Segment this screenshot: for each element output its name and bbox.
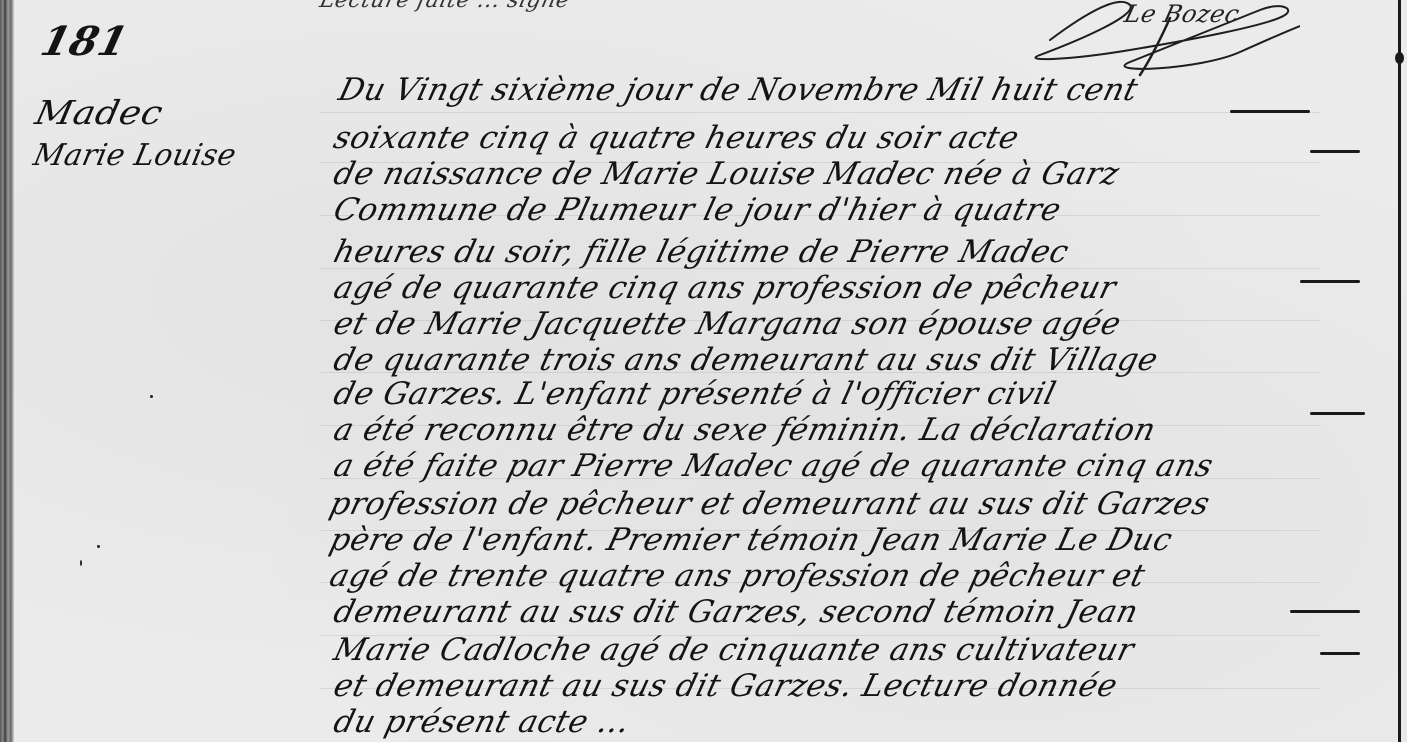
entry-number: 181 [36, 18, 133, 65]
right-margin-rule [1398, 0, 1401, 742]
paper-speck [150, 395, 153, 398]
record-line: père de l'enfant. Premier témoin Jean Ma… [326, 522, 1176, 558]
record-line: Commune de Plumeur le jour d'hier à quat… [330, 192, 1065, 228]
register-page: Lecture faite ... signé Le Bozec 181 Mad… [0, 0, 1407, 742]
line-filler-stroke [1290, 610, 1360, 613]
record-line: du présent acte ... [330, 704, 634, 740]
line-filler-stroke [1230, 110, 1310, 113]
record-line: demeurant au sus dit Garzes, second témo… [330, 594, 1142, 630]
record-line: a été reconnu être du sexe féminin. La d… [330, 412, 1160, 448]
line-filler-stroke [1310, 412, 1365, 415]
binding-edge [0, 0, 14, 742]
record-line: agé de quarante cinq ans profession de p… [330, 270, 1120, 306]
paper-speck [80, 560, 82, 566]
record-line: heures du soir, fille légitime de Pierre… [330, 234, 1073, 270]
record-line: et de Marie Jacquette Margana son épouse… [330, 306, 1125, 342]
margin-surname: Madec [32, 93, 167, 132]
ink-blot [1395, 52, 1404, 64]
margin-given-names: Marie Louise [30, 138, 239, 173]
paper-speck [97, 545, 100, 548]
previous-entry-closing-line: Lecture faite ... signé [317, 0, 572, 13]
signature-name: Le Bozec [1122, 0, 1243, 28]
line-filler-stroke [1310, 150, 1360, 153]
record-line: Du Vingt sixième jour de Novembre Mil hu… [335, 72, 1142, 108]
record-line: profession de pêcheur et demeurant au su… [326, 486, 1214, 522]
record-line: de Garzes. L'enfant présenté à l'officie… [330, 376, 1060, 412]
record-line: de naissance de Marie Louise Madec née à… [330, 156, 1123, 192]
record-line: Marie Cadloche agé de cinquante ans cult… [330, 632, 1138, 668]
record-line: de quarante trois ans demeurant au sus d… [330, 342, 1162, 378]
record-line: a été faite par Pierre Madec agé de quar… [330, 448, 1217, 484]
line-filler-stroke [1320, 652, 1360, 655]
record-line: et demeurant au sus dit Garzes. Lecture … [330, 668, 1121, 704]
record-line: agé de trente quatre ans profession de p… [326, 558, 1149, 594]
line-filler-stroke [1300, 280, 1360, 283]
ruling-line [320, 112, 1320, 113]
record-line: soixante cinq à quatre heures du soir ac… [330, 120, 1023, 156]
